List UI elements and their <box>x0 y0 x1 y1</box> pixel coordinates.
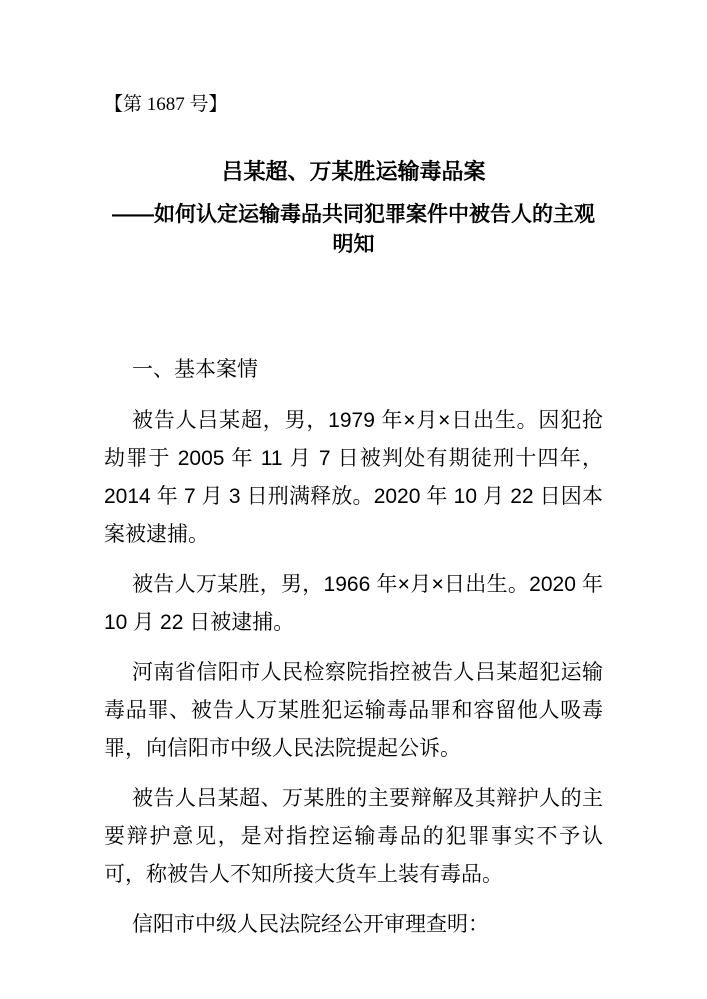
body-paragraph-trial-findings: 信阳市中级人民法院经公开审理查明： <box>104 906 603 944</box>
case-title: 吕某超、万某胜运输毒品案 <box>104 158 603 186</box>
case-subtitle: ——如何认定运输毒品共同犯罪案件中被告人的主观明知 <box>104 200 603 260</box>
body-paragraph-defense: 被告人吕某超、万某胜的主要辩解及其辩护人的主要辩护意见，是对指控运输毒品的犯罪事… <box>104 780 603 894</box>
body-paragraph-defendant-lv: 被告人吕某超，男，1979 年×月×日出生。因犯抢劫罪于 2005 年 11 月… <box>104 402 603 554</box>
section-heading-basic-facts: 一、基本案情 <box>104 356 603 384</box>
document-page: 【第 1687 号】 吕某超、万某胜运输毒品案 ——如何认定运输毒品共同犯罪案件… <box>0 0 707 999</box>
body-paragraph-prosecution: 河南省信阳市人民检察院指控被告人吕某超犯运输毒品罪、被告人万某胜犯运输毒品罪和容… <box>104 654 603 768</box>
case-number: 【第 1687 号】 <box>104 92 603 118</box>
body-paragraph-defendant-wan: 被告人万某胜，男，1966 年×月×日出生。2020 年 10 月 22 日被逮… <box>104 566 603 642</box>
